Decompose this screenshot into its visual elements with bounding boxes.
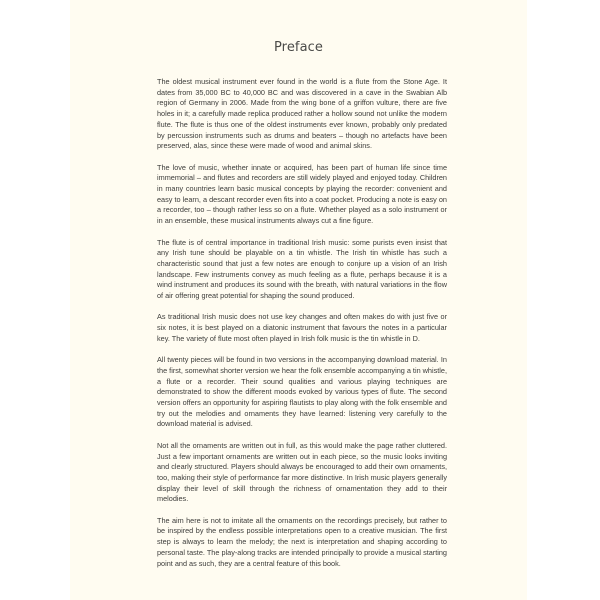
paragraph: As traditional Irish music does not use … <box>157 312 447 344</box>
paragraph: Not all the ornaments are written out in… <box>157 441 447 505</box>
paragraph: The aim here is not to imitate all the o… <box>157 516 447 570</box>
preface-body: The oldest musical instrument ever found… <box>157 77 447 580</box>
paragraph: The oldest musical instrument ever found… <box>157 77 447 152</box>
paragraph: All twenty pieces will be found in two v… <box>157 355 447 430</box>
paragraph: The love of music, whether innate or acq… <box>157 163 447 227</box>
paragraph: The flute is of central importance in tr… <box>157 238 447 302</box>
book-page: Preface The oldest musical instrument ev… <box>70 0 527 600</box>
page-title: Preface <box>70 40 527 55</box>
